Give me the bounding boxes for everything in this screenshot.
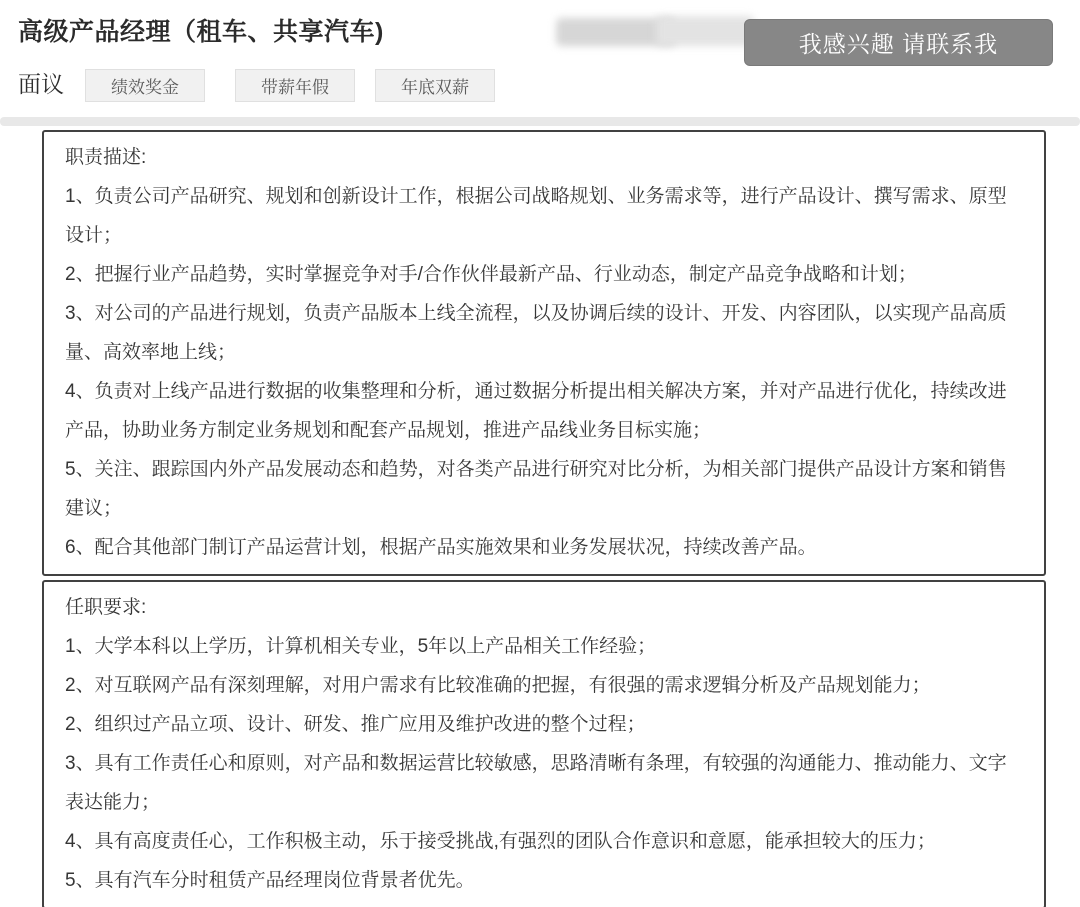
requirement-item: 3、具有工作责任心和原则，对产品和数据运营比较敏感，思路清晰有条理，有较强的沟通… <box>65 744 1023 822</box>
job-requirements-box: 任职要求: 1、大学本科以上学历，计算机相关专业，5年以上产品相关工作经验； 2… <box>42 580 1046 907</box>
jd-item: 5、关注、跟踪国内外产品发展动态和趋势，对各类产品进行研究对比分析，为相关部门提… <box>65 450 1023 528</box>
jd-item: 3、对公司的产品进行规划，负责产品版本上线全流程，以及协调后续的设计、开发、内容… <box>65 294 1023 372</box>
requirement-item: 2、组织过产品立项、设计、研发、推广应用及维护改进的整个过程； <box>65 705 1023 744</box>
section-heading: 职责描述: <box>65 138 1023 177</box>
requirement-item: 1、大学本科以上学历，计算机相关专业，5年以上产品相关工作经验； <box>65 627 1023 666</box>
benefit-tag-performance-bonus: 绩效奖金 <box>85 69 205 102</box>
jd-item: 2、把握行业产品趋势，实时掌握竞争对手/合作伙伴最新产品、行业动态，制定产品竞争… <box>65 255 1023 294</box>
benefit-tag-paid-annual-leave: 带薪年假 <box>235 69 355 102</box>
requirement-item: 4、具有高度责任心，工作积极主动，乐于接受挑战,有强烈的团队合作意识和意愿，能承… <box>65 822 1023 861</box>
requirement-item: 2、对互联网产品有深刻理解，对用户需求有比较准确的把握，有很强的需求逻辑分析及产… <box>65 666 1023 705</box>
section-heading: 任职要求: <box>65 588 1023 627</box>
salary-label: 面议 <box>18 66 64 99</box>
requirement-item: 5、具有汽车分时租赁产品经理岗位背景者优先。 <box>65 861 1023 900</box>
interested-contact-button[interactable]: 我感兴趣 请联系我 <box>744 19 1053 66</box>
redacted-company-info <box>556 16 754 50</box>
redaction-blur-blob <box>656 16 754 46</box>
jd-item: 4、负责对上线产品进行数据的收集整理和分析，通过数据分析提出相关解决方案，并对产… <box>65 372 1023 450</box>
job-detail-page: 高级产品经理（租车、共享汽车) 我感兴趣 请联系我 面议 绩效奖金 带薪年假 年… <box>0 0 1080 907</box>
section-divider <box>0 117 1080 126</box>
benefit-tag-year-end-double-pay: 年底双薪 <box>375 69 495 102</box>
job-description-box: 职责描述: 1、负责公司产品研究、规划和创新设计工作，根据公司战略规划、业务需求… <box>42 130 1046 576</box>
jd-item: 6、配合其他部门制订产品运营计划，根据产品实施效果和业务发展状况，持续改善产品。 <box>65 528 1023 567</box>
jd-item: 1、负责公司产品研究、规划和创新设计工作，根据公司战略规划、业务需求等，进行产品… <box>65 177 1023 255</box>
job-title: 高级产品经理（租车、共享汽车) <box>18 12 384 48</box>
